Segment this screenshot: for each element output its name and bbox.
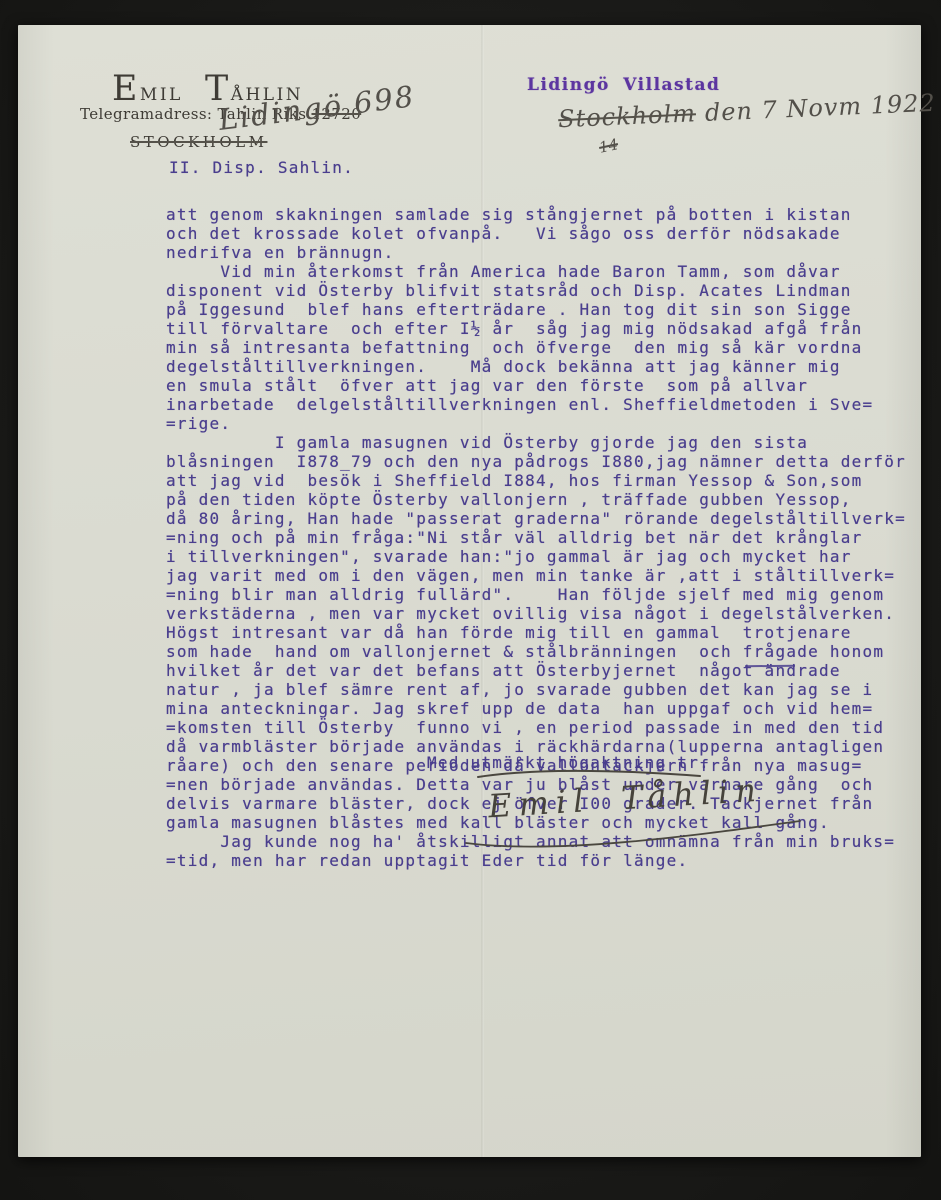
- salutation: II. Disp. Sahlin.: [169, 158, 354, 177]
- handwritten-dateline: Stockholmden 7 Novm 1922: [558, 89, 937, 133]
- dateline-date: den 7 Novm 1922: [704, 89, 936, 127]
- postal-stamp: Lidingö Villastad: [527, 75, 720, 95]
- letter-paper: Emil Tåhlin Telegramadress: Tahlin Riks …: [18, 25, 921, 1157]
- signature-block: Emil Tåhlin: [448, 763, 816, 863]
- struck-pencil-note: 14: [597, 135, 619, 157]
- letterhead-first-name: Emil: [112, 69, 183, 109]
- scan-background: Emil Tåhlin Telegramadress: Tahlin Riks …: [0, 0, 941, 1200]
- city-struck: STOCKHOLM: [130, 133, 267, 151]
- dateline-place-struck: Stockholm: [558, 99, 697, 133]
- nya-underline-mark: [745, 665, 795, 667]
